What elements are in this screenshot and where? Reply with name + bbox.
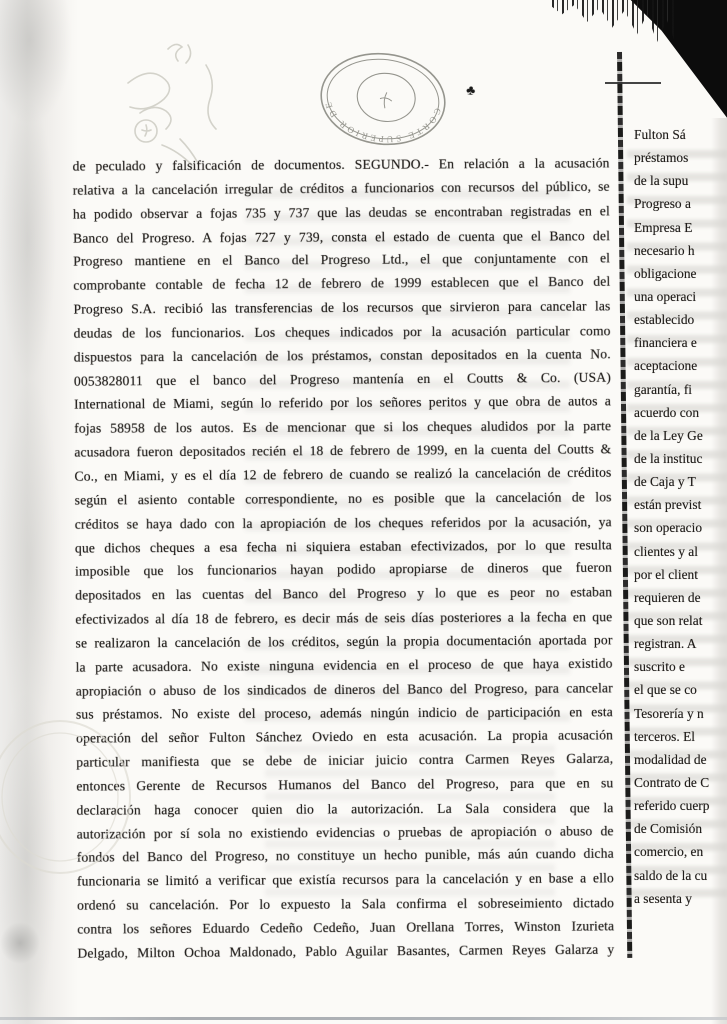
text-line: International de Miami, según lo referid… [74,390,611,417]
text-line: fojas 58958 de los autos. Es de menciona… [74,414,611,440]
text-line: fondos del Banco del Progreso, no consti… [77,842,614,870]
text-line: imposible que los funcionarios hayan pod… [75,556,612,584]
scan-edge-line-bottom [0,1017,727,1020]
text-line: dispuestos para la cancelación de los pr… [74,342,611,369]
text-line: créditos se haya dado con la apropiación… [75,510,612,536]
text-line: declaración haga conocer quien dio la au… [76,796,613,822]
text-line: deudas de los funcionarios. Los cheques … [74,319,611,345]
faint-seal-stamp [0,712,142,882]
text-line: comprobante contable de fecha 12 de febr… [73,270,610,298]
text-line: Co., en Miami, y es el día 12 de febrero… [74,461,611,489]
text-line: apropiación o abuso de los sindicados de… [76,676,613,703]
text-line: ordenó su cancelación. Por lo expuesto l… [77,891,614,917]
text-line: la parte acusadora. No existe ninguna ev… [76,651,613,679]
text-line: depositados en las cuentas del Banco del… [75,581,612,608]
text-line: Delgado, Milton Ochoa Maldonado, Pablo A… [77,937,614,965]
text-line: ha podido observar a fojas 735 y 737 que… [73,199,610,226]
text-line: Banco del Progreso. A fojas 727 y 739, c… [73,224,610,250]
scanned-document-page: { "colors": { "paper": "#fbfaf7", "ink":… [0,0,727,1024]
scan-corner-streaks [552,0,677,48]
text-line: Progreso S.A. recibió las transferencias… [73,294,610,321]
ink-mark: ♣ [465,83,481,101]
text-line: 0053828011 que el banco del Progreso man… [74,365,611,393]
text-line: sus préstamos. No existe del proceso, ad… [76,701,613,727]
text-line: particular manifiesta que se debe de ini… [76,747,613,775]
court-seal-stamp: CORTE SUPERIOR DE JUSTICIA • [303,38,463,160]
scan-smudge [0,922,40,964]
right-scan-shadow [711,118,727,1024]
text-line: según el asiento contable correspondient… [75,485,612,512]
text-line: entonces Gerente de Recursos Humanos del… [76,771,613,798]
main-text-block: de peculado y falsificación de documento… [73,151,615,965]
scan-corner-line [605,82,661,84]
text-line: efectivizados al día 18 de febrero, es d… [75,605,612,631]
text-line: funcionaria se limitó a verificar que ex… [77,867,614,894]
text-line: relativa a la cancelación irregular de c… [73,174,610,202]
